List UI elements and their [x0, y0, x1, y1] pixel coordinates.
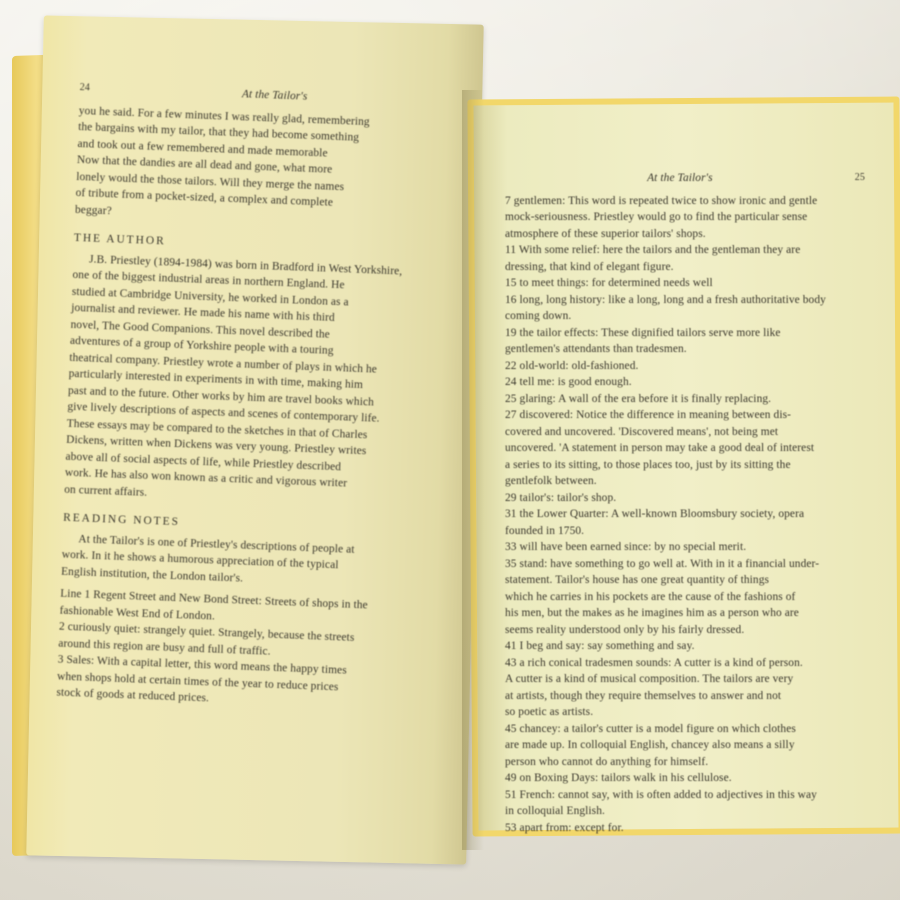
- note-line: 7 gentlemen: This word is repeated twice…: [505, 193, 865, 210]
- note-line: 22 old-world: old-fashioned.: [505, 358, 865, 375]
- note-line: so poetic as artists.: [505, 704, 865, 721]
- note-line: founded in 1750.: [505, 523, 865, 540]
- note-line: a series to its sitting, to those places…: [505, 457, 865, 474]
- note-line: 15 to meet things: for determined needs …: [505, 275, 865, 292]
- note-line: at artists, though they require themselv…: [505, 688, 865, 705]
- note-line: covered and uncovered. 'Discovered means…: [505, 424, 865, 441]
- note-line: person who cannot do anything for himsel…: [505, 754, 865, 771]
- left-running-head: At the Tailor's: [242, 86, 308, 105]
- note-line: 33 will have been earned since: by no sp…: [505, 539, 865, 556]
- note-line: 27 discovered: Notice the difference in …: [505, 407, 865, 424]
- note-line: uncovered. 'A statement in person may ta…: [505, 440, 865, 457]
- note-line: 11 With some relief: here the tailors an…: [505, 242, 865, 259]
- note-line: coming down.: [505, 308, 865, 325]
- note-line: in colloquial English.: [505, 803, 865, 820]
- reading-notes-intro: At the Tailor's is one of Priestley's de…: [61, 530, 443, 594]
- note-line: 51 French: cannot say, with is often add…: [505, 787, 865, 804]
- note-line: 24 tell me: is good enough.: [505, 374, 865, 391]
- note-line: dressing, that kind of elegant figure.: [505, 259, 865, 276]
- left-folio: 24: [79, 80, 90, 97]
- author-section-text: J.B. Priestley (1894-1984) was born in B…: [64, 250, 453, 512]
- note-line: mock-seriousness. Priestley would go to …: [505, 209, 865, 226]
- book-gutter-shadow: [462, 90, 484, 850]
- note-line: seems reality understood only by his fai…: [505, 622, 865, 639]
- right-folio: 25: [855, 170, 865, 187]
- note-line: 25 glaring: A wall of the era before it …: [505, 391, 865, 408]
- note-line: his men, but the makes as he imagines hi…: [505, 605, 865, 622]
- left-page-text: 24 At the Tailor's you he said. For a fe…: [56, 80, 460, 716]
- note-line: gentlemen's attendants than tradesmen.: [505, 341, 865, 358]
- note-line: which he carries in his pockets are the …: [505, 589, 865, 606]
- note-line: 45 chancey: a tailor's cutter is a model…: [505, 721, 865, 738]
- right-running-head: At the Tailor's: [647, 170, 713, 187]
- note-line: 53 apart from: except for.: [505, 820, 865, 837]
- reading-notes-list: Line 1 Regent Street and New Bond Street…: [56, 586, 440, 716]
- note-line: 19 the tailor effects: These dignified t…: [505, 325, 865, 342]
- note-line: 29 tailor's: tailor's shop.: [505, 490, 865, 507]
- note-line: 35 stand: have something to go well at. …: [505, 556, 865, 573]
- right-page-text: At the Tailor's 25 7 gentlemen: This wor…: [505, 170, 865, 836]
- note-line: statement. Tailor's house has one great …: [505, 572, 865, 589]
- left-body-text: you he said. For a few minutes I was rea…: [75, 102, 459, 232]
- note-line: 41 I beg and say: say something and say.: [505, 638, 865, 655]
- note-line: atmosphere of these superior tailors' sh…: [505, 226, 865, 243]
- note-line: 43 a rich conical tradesmen sounds: A cu…: [505, 655, 865, 672]
- note-line: gentlefolk between.: [505, 473, 865, 490]
- note-line: 16 long, long history: like a long, long…: [505, 292, 865, 309]
- note-line: 49 on Boxing Days: tailors walk in his c…: [505, 770, 865, 787]
- right-notes-list: 7 gentlemen: This word is repeated twice…: [505, 193, 865, 837]
- note-line: 31 the Lower Quarter: A well-known Bloom…: [505, 506, 865, 523]
- note-line: A cutter is a kind of musical compositio…: [505, 671, 865, 688]
- note-line: are made up. In colloquial English, chan…: [505, 737, 865, 754]
